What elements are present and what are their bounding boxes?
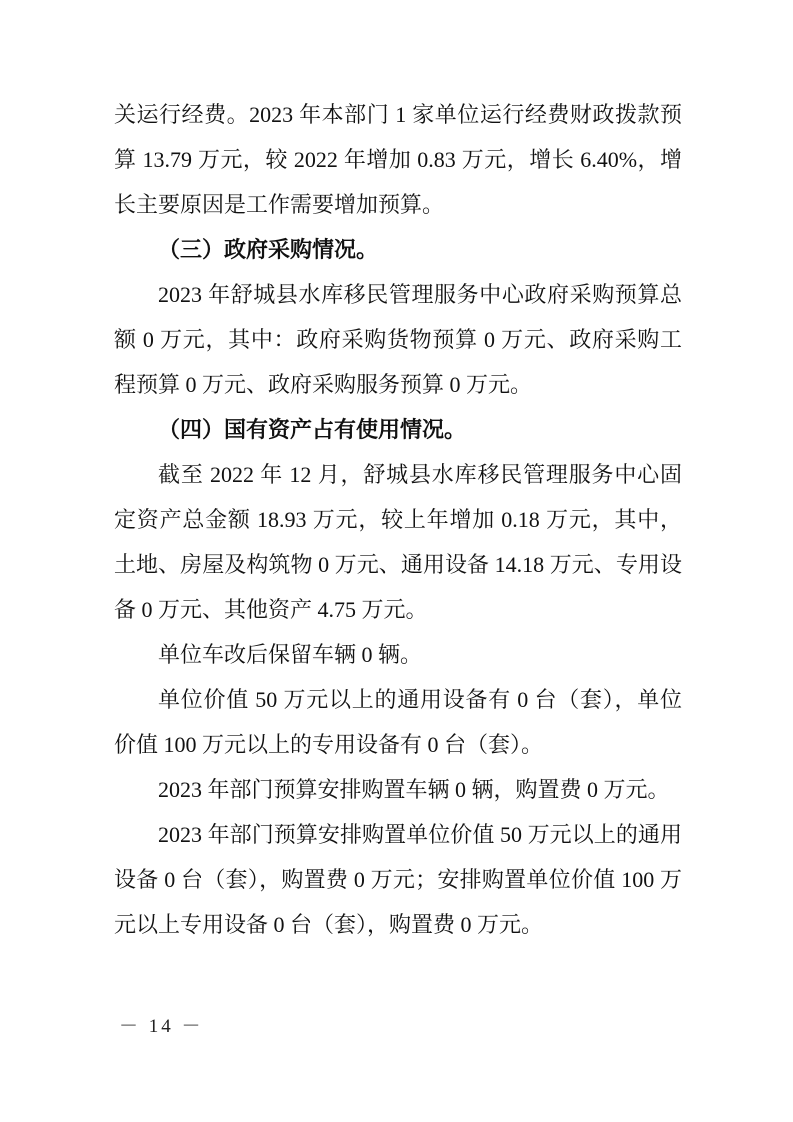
paragraph-fixed-assets: 截至 2022 年 12 月，舒城县水库移民管理服务中心固定资产总金额 18.9… [114, 452, 682, 632]
paragraph-vehicle-purchase-budget: 2023 年部门预算安排购置车辆 0 辆，购置费 0 万元。 [114, 767, 682, 812]
paragraph-procurement-budget: 2023 年舒城县水库移民管理服务中心政府采购预算总额 0 万元，其中：政府采购… [114, 272, 682, 407]
paragraph-high-value-equipment: 单位价值 50 万元以上的通用设备有 0 台（套），单位价值 100 万元以上的… [114, 677, 682, 767]
section-heading-state-assets: （四）国有资产占有使用情况。 [114, 407, 682, 452]
page-number: － 14 － [119, 1012, 204, 1042]
section-heading-government-procurement: （三）政府采购情况。 [114, 227, 682, 272]
paragraph-equipment-purchase-budget: 2023 年部门预算安排购置单位价值 50 万元以上的通用设备 0 台（套），购… [114, 812, 682, 947]
document-page: 关运行经费。2023 年本部门 1 家单位运行经费财政拨款预算 13.79 万元… [0, 0, 793, 1122]
paragraph-retained-vehicles: 单位车改后保留车辆 0 辆。 [114, 632, 682, 677]
paragraph-operating-expenses: 关运行经费。2023 年本部门 1 家单位运行经费财政拨款预算 13.79 万元… [114, 92, 682, 227]
document-body: 关运行经费。2023 年本部门 1 家单位运行经费财政拨款预算 13.79 万元… [114, 92, 682, 947]
